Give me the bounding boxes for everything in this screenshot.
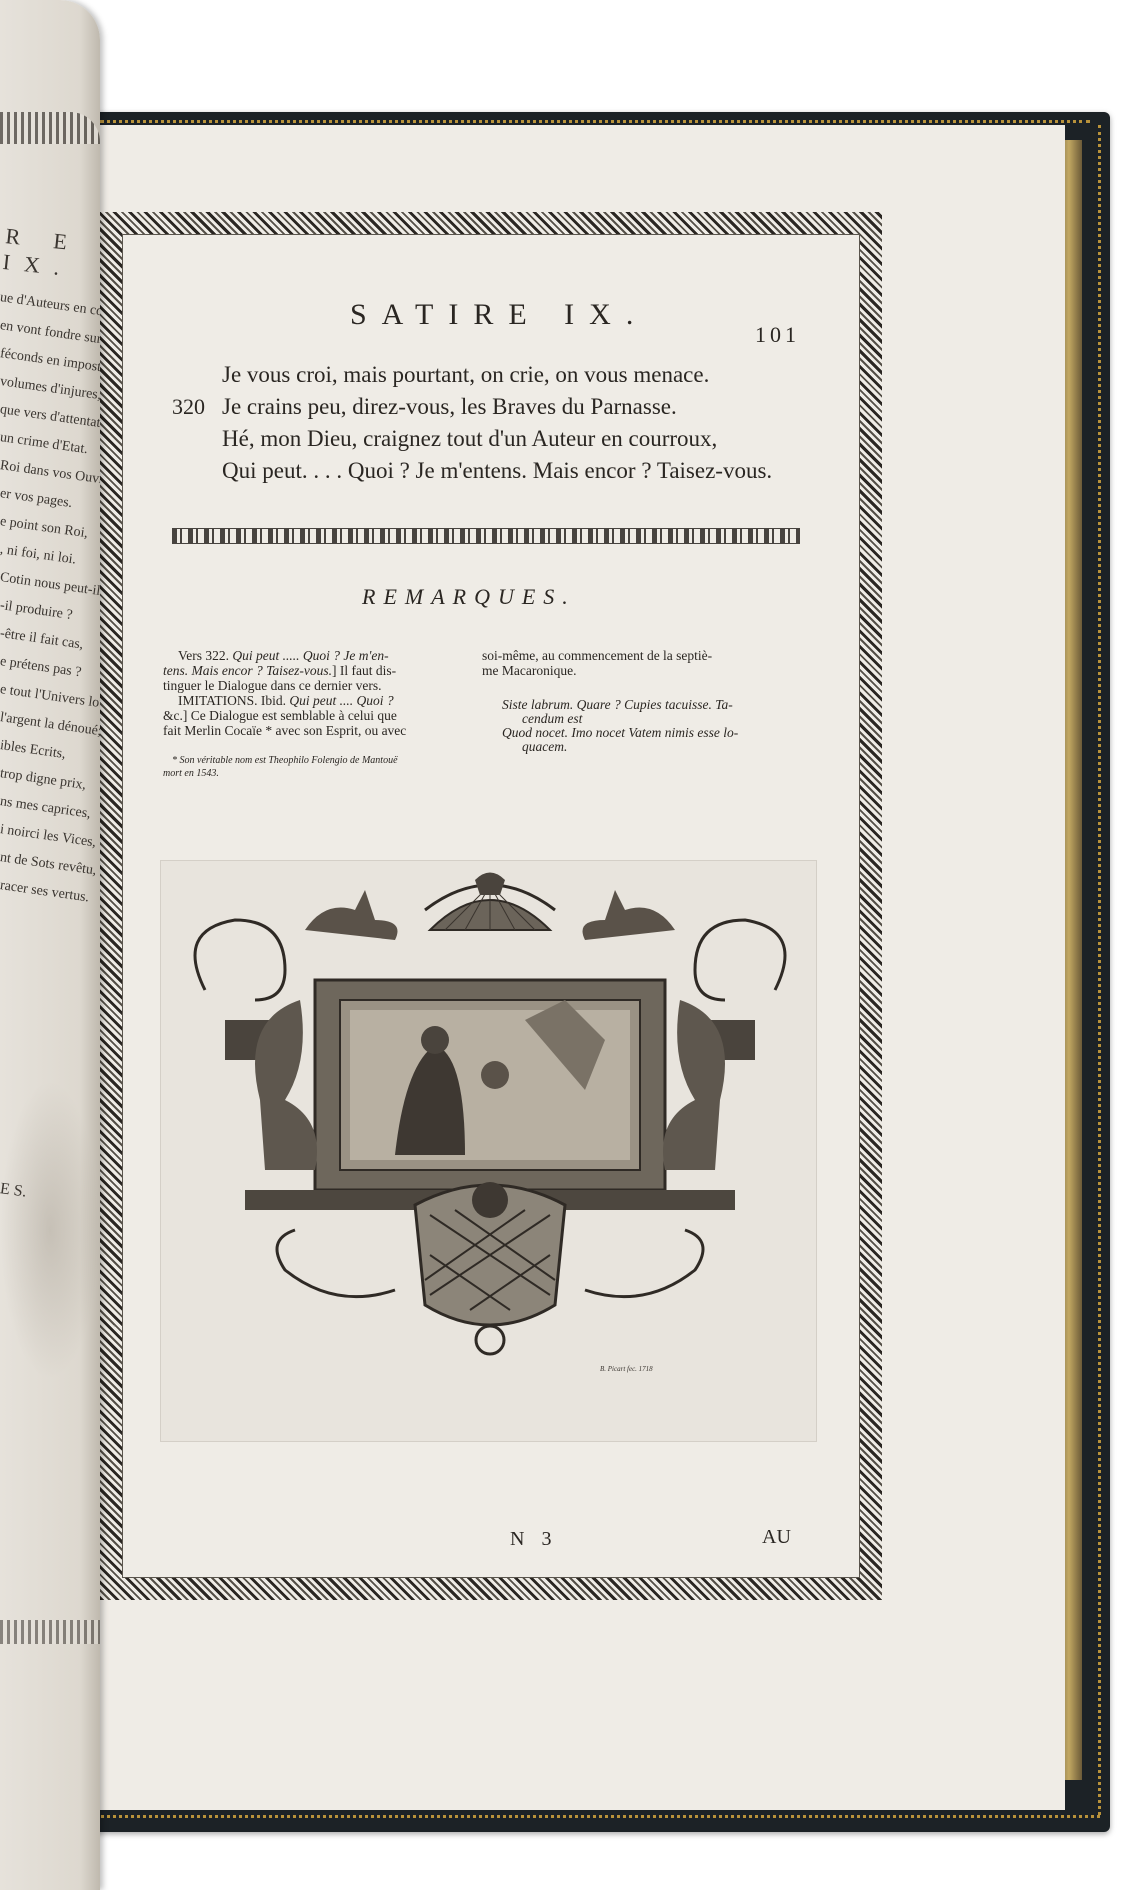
line-number: 320: [172, 394, 205, 420]
left-page-line: ibles Ecrits,: [0, 738, 67, 763]
note-text: Vers 322.: [178, 648, 232, 663]
gilt-tooling-top: [100, 120, 1090, 123]
left-page-line: e prétens pas ?: [0, 654, 82, 681]
ornamental-rule: [172, 528, 800, 544]
note-text: IMITATIONS. Ibid.: [178, 693, 289, 708]
left-page: R E IX. ue d'Auteurs en courroux en vont…: [0, 0, 100, 1890]
note-line: tinguer le Dialogue dans ce dernier vers…: [163, 678, 382, 693]
left-page-line: i noirci les Vices,: [0, 822, 97, 851]
section-heading: REMARQUES.: [362, 584, 576, 610]
note-line: Vers 322. Qui peut ..... Quoi ? Je m'en-: [178, 648, 389, 663]
left-page-line: que vers d'attentat,: [0, 402, 100, 432]
note-italic: Qui peut ..... Quoi ? Je m'en-: [232, 648, 388, 663]
left-page-line: Cotin nous peut-il: [0, 570, 100, 600]
left-page-line: er vos pages.: [0, 486, 73, 512]
catchword: AU: [762, 1526, 791, 1549]
note-line: soi-même, au commencement de la septiè-: [482, 648, 712, 663]
footnote-line: * Son véritable nom est Theophilo Foleng…: [172, 755, 398, 766]
left-page-line: un crime d'Etat.: [0, 430, 89, 458]
left-page-ghost-image: [0, 1080, 100, 1380]
note-text: soi-même, au commencement de la septiè-: [482, 648, 712, 663]
left-page-line: l'argent la dénoué;: [0, 710, 100, 740]
note-line: tens. Mais encor ? Taisez-vous.] Il faut…: [163, 663, 396, 678]
note-text: ] Il faut dis-: [332, 663, 396, 678]
left-page-line: e point son Roi,: [0, 514, 89, 542]
note-line: fait Merlin Cocaïe * avec son Esprit, ou…: [163, 723, 406, 738]
note-italic: tens. Mais encor ? Taisez-vous.: [163, 663, 332, 678]
left-page-line: féconds en impostures,: [0, 346, 100, 380]
note-italic: Qui peut .... Quoi ?: [289, 693, 393, 708]
note-line: IMITATIONS. Ibid. Qui peut .... Quoi ?: [178, 693, 394, 708]
left-page-line: -il produire ?: [0, 598, 73, 624]
note-text: &c.] Ce Dialogue est semblable à celui q…: [163, 708, 397, 723]
left-page-line: trop digne prix,: [0, 766, 87, 794]
running-title: SATIRE IX.: [350, 298, 648, 332]
note-line: me Macaronique.: [482, 663, 576, 678]
gilt-tooling-right: [1098, 125, 1101, 1815]
left-page-line: nt de Sots revêtu,: [0, 850, 97, 879]
verse-line: Hé, mon Dieu, craignez tout d'un Auteur …: [222, 426, 717, 452]
left-page-bottom-border: [0, 1620, 100, 1644]
note-text: tinguer le Dialogue dans ce dernier vers…: [163, 678, 382, 693]
gilt-tooling-bottom: [60, 1815, 1100, 1818]
note-line: &c.] Ce Dialogue est semblable à celui q…: [163, 708, 397, 723]
left-page-line: e tout l'Univers loué,: [0, 682, 100, 714]
verse-line: Je crains peu, direz-vous, les Braves du…: [222, 394, 677, 420]
note-text: fait Merlin Cocaïe * avec son Esprit, ou…: [163, 723, 406, 738]
verse-line: Qui peut. . . . Quoi ? Je m'entens. Mais…: [222, 458, 772, 484]
latin-quote-line: quacem.: [522, 739, 567, 755]
verse-line: Je vous croi, mais pourtant, on crie, on…: [222, 362, 709, 388]
engraver-signature: B. Picart fec. 1718: [600, 1365, 653, 1373]
left-page-line: -être il fait cas,: [0, 626, 84, 654]
left-page-line: racer ses vertus.: [0, 878, 90, 906]
engraving-illustration: [165, 870, 815, 1400]
left-page-line: volumes d'injures,: [0, 374, 100, 404]
left-page-line: , ni foi, ni loi.: [0, 542, 77, 569]
page-number: 101: [755, 322, 800, 348]
left-page-line: ns mes caprices,: [0, 794, 92, 823]
footnote-line: mort en 1543.: [163, 768, 219, 779]
left-page-title: R E IX.: [2, 223, 100, 285]
note-text: me Macaronique.: [482, 663, 576, 678]
left-page-ornamental-border: [0, 112, 100, 144]
signature-mark: N 3: [510, 1528, 557, 1551]
